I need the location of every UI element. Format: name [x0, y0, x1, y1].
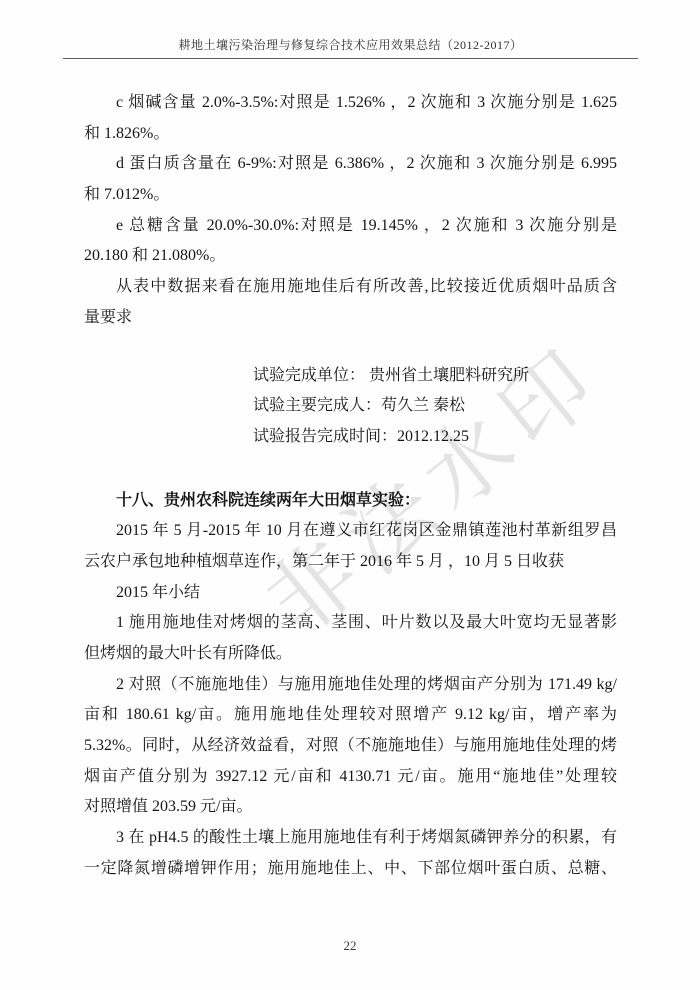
page-header-title: 耕地土壤污染治理与修复综合技术应用效果总结（2012-2017）	[63, 36, 638, 59]
document-body: c 烟碱含量 2.0%-3.5%:对照是 1.526% ，2 次施和 3 次施分…	[84, 88, 617, 885]
section-heading: 十八、贵州农科院连续两年大田烟草实验：	[84, 486, 617, 517]
text-line: 烟亩产值分别为 3927.12 元/亩和 4130.71 元/亩。施用“施地佳”…	[84, 762, 617, 793]
credit-line-unit: 试验完成单位： 贵州省土壤肥料研究所	[253, 361, 617, 392]
text-line: 一定降氮增磷增钾作用；施用施地佳上、中、下部位烟叶蛋白质、总糖、	[84, 854, 617, 885]
credit-line-authors: 试验主要完成人：苟久兰 秦松	[253, 391, 617, 422]
text-line: 亩和 180.61 kg/亩。施用施地佳处理较对照增产 9.12 kg/亩，增产…	[84, 700, 617, 731]
vertical-spacer	[84, 453, 617, 486]
text-line: 2015 年 5 月-2015 年 10 月在遵义市红花岗区金鼎镇莲池村革新组罗…	[84, 516, 617, 547]
text-line: 3 在 pH4.5 的酸性土壤上施用施地佳有利于烤烟氮磷钾养分的积累，有	[84, 823, 617, 854]
text-line: e 总糖含量 20.0%-30.0%:对照是 19.145% ，2 次施和 3 …	[84, 211, 617, 242]
page-number: 22	[0, 938, 700, 954]
text-line: 2 对照（不施施地佳）与施用施地佳处理的烤烟亩产分别为 171.49 kg/	[84, 670, 617, 701]
text-line: 云农户承包地种植烟草连作，第二年于 2016 年 5 月 ，10 月 5 日收获	[84, 547, 617, 578]
credit-line-date: 试验报告完成时间：2012.12.25	[253, 422, 617, 453]
text-line: 2015 年小结	[84, 578, 617, 609]
text-line: c 烟碱含量 2.0%-3.5%:对照是 1.526% ，2 次施和 3 次施分…	[84, 88, 617, 119]
text-line: 但烤烟的最大叶长有所降低。	[84, 639, 617, 670]
text-line: 和 1.826%。	[84, 119, 617, 150]
text-line: 量要求	[84, 303, 617, 334]
text-line: 和 7.012%。	[84, 180, 617, 211]
text-line: 对照增值 203.59 元/亩。	[84, 792, 617, 823]
document-page: 非法水印 耕地土壤污染治理与修复综合技术应用效果总结（2012-2017） c …	[0, 0, 700, 990]
text-line: 从表中数据来看在施用施地佳后有所改善,比较接近优质烟叶品质含	[84, 272, 617, 303]
text-line: 5.32%。同时，从经济效益看，对照（不施施地佳）与施用施地佳处理的烤	[84, 731, 617, 762]
text-line: 1 施用施地佳对烤烟的茎高、茎围、叶片数以及最大叶宽均无显著影响，	[84, 608, 617, 639]
credits-block: 试验完成单位： 贵州省土壤肥料研究所 试验主要完成人：苟久兰 秦松 试验报告完成…	[253, 361, 617, 453]
vertical-spacer	[84, 334, 617, 361]
text-line: 20.180 和 21.080%。	[84, 241, 617, 272]
text-line: d 蛋白质含量在 6-9%:对照是 6.386% ，2 次施和 3 次施分别是 …	[84, 149, 617, 180]
